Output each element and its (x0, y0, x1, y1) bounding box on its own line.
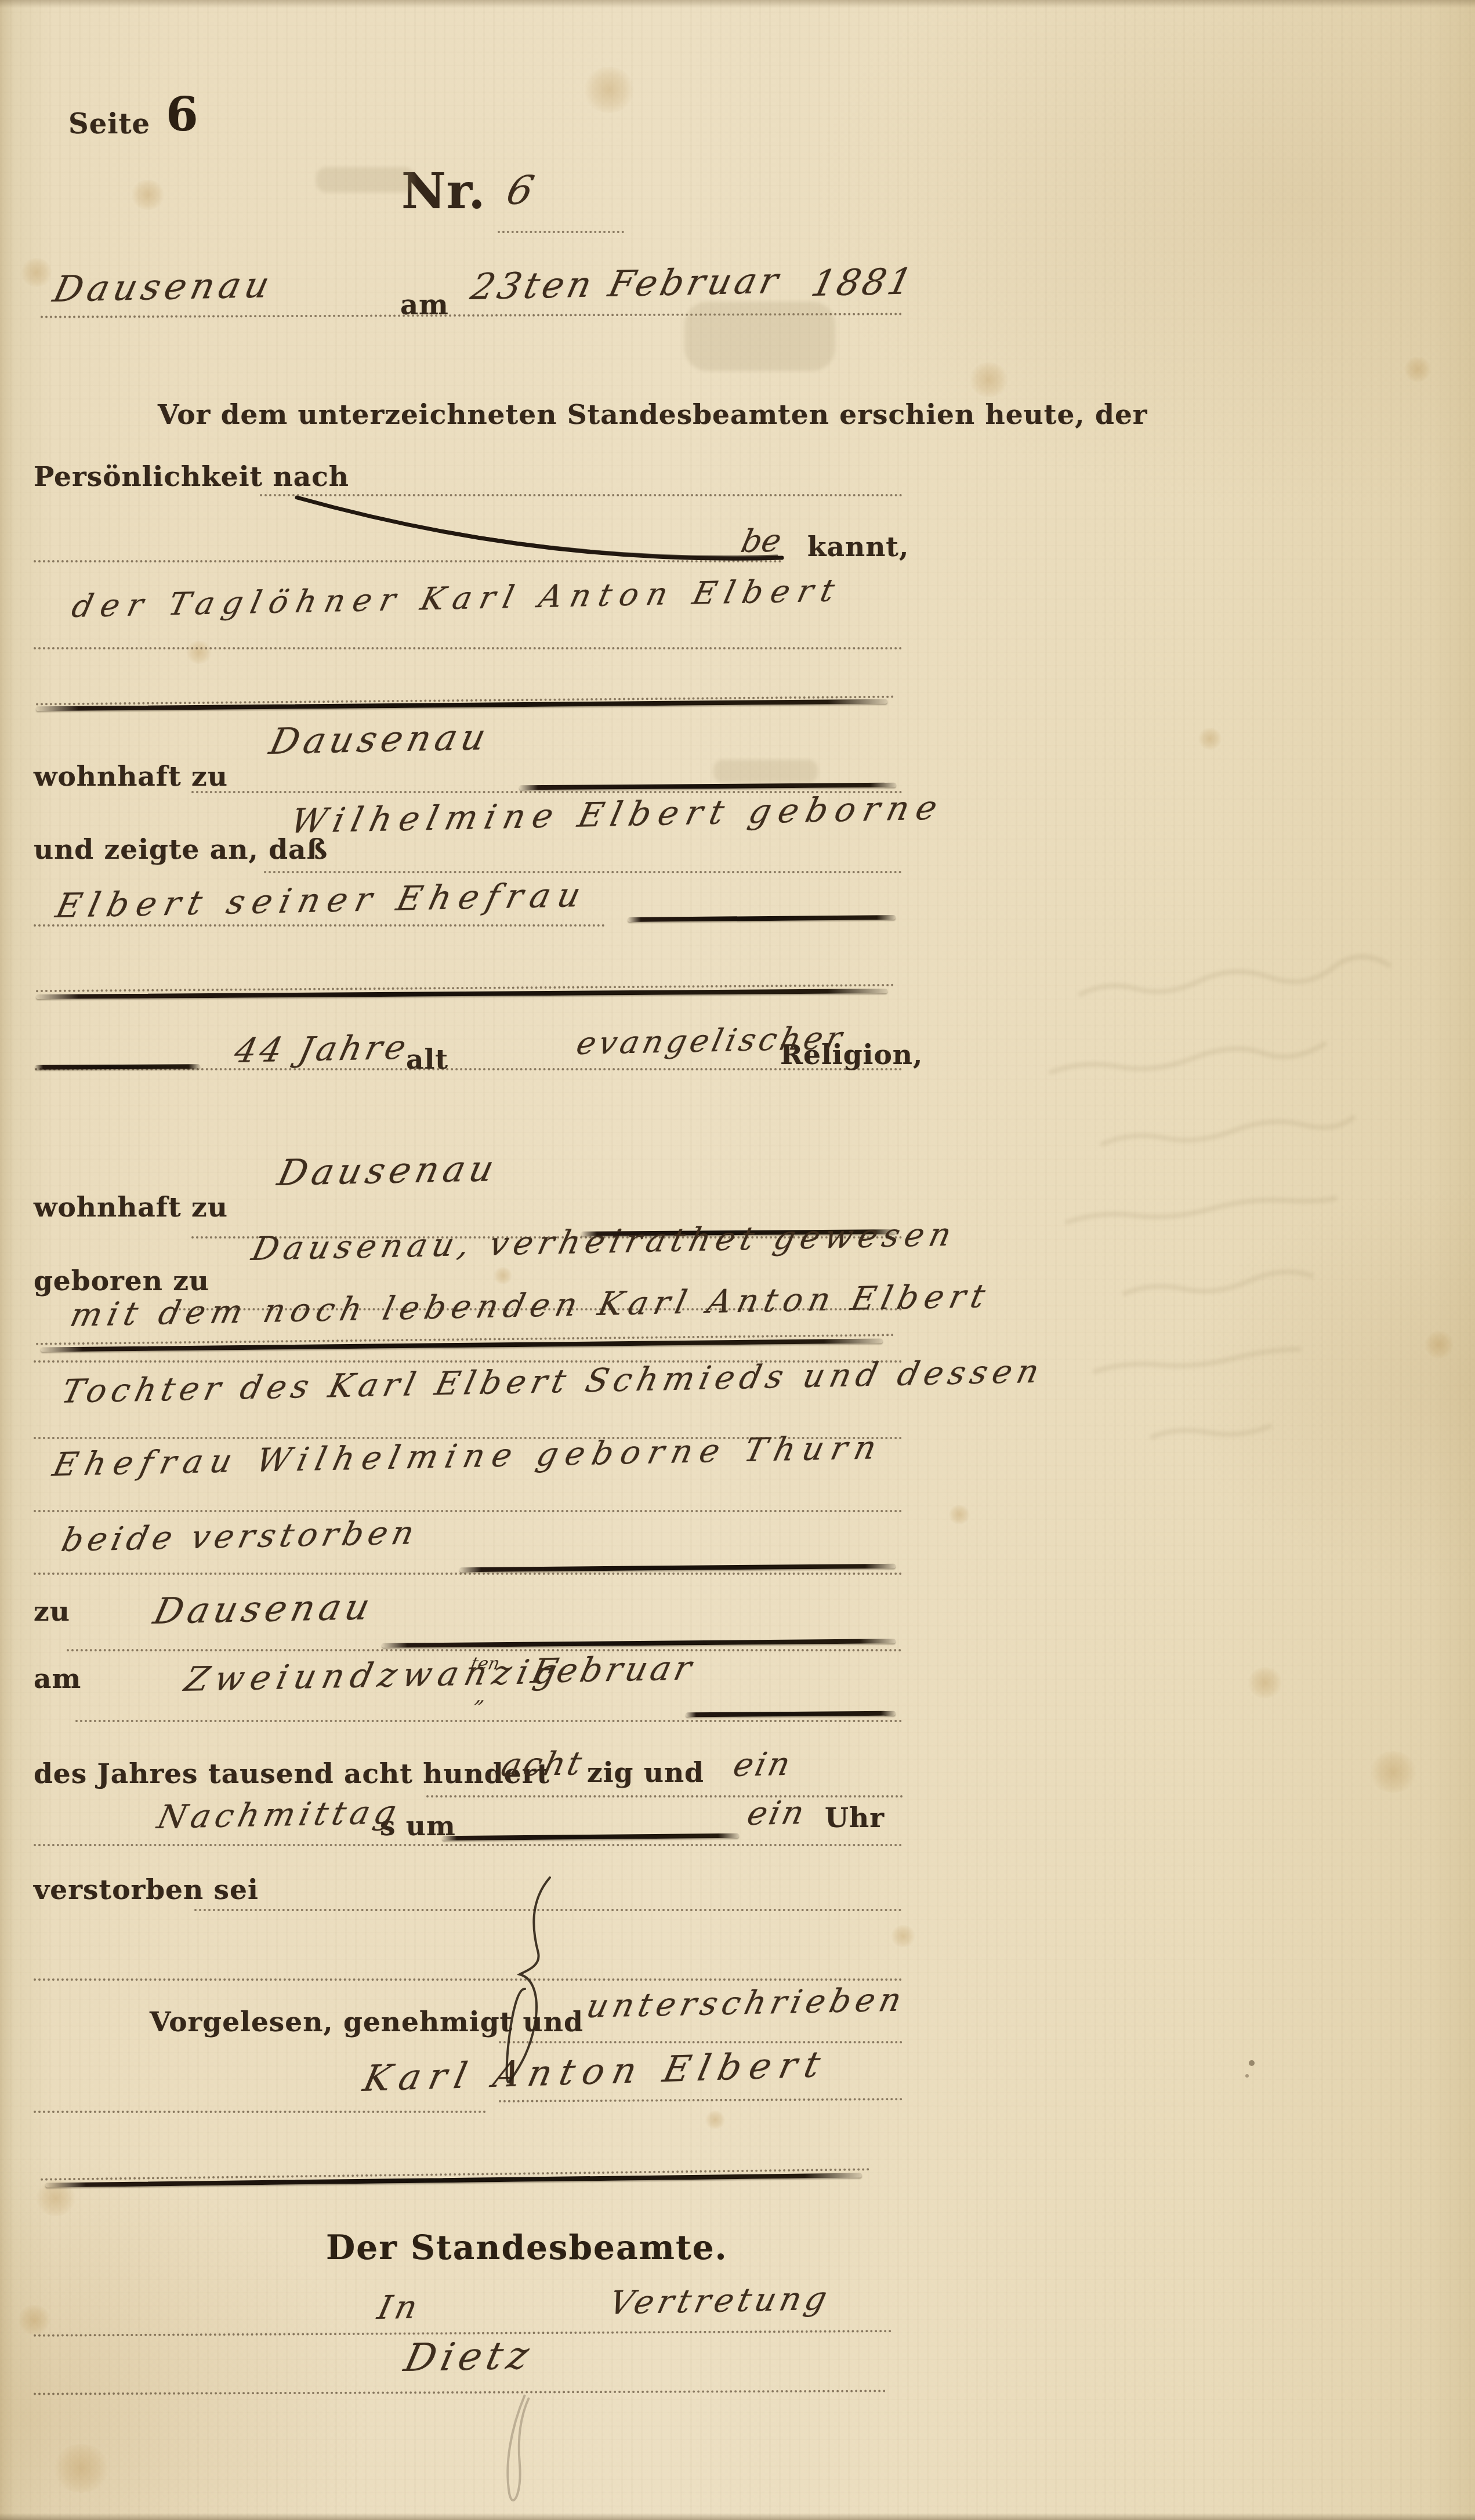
page-label: Seite (68, 108, 150, 140)
identity-label: Persönlichkeit nach (34, 461, 349, 493)
registrar-title: Der Standesbeamte. (326, 2228, 728, 2267)
identity-line-2 (34, 560, 782, 562)
announce-label: und zeigte an, daß (34, 834, 328, 866)
parents-line3: beide verstorben (58, 1514, 422, 1559)
closing-label: Vorgelesen, genehmigt und (150, 2006, 584, 2038)
announce-line (264, 871, 902, 873)
death-year-mid-label: zig und (587, 1757, 704, 1789)
death-year-hw1: acht (498, 1745, 588, 1784)
death-month-value: Februar (528, 1648, 699, 1691)
death-hour-value: ein (744, 1794, 810, 1833)
deceased-label: verstorben sei (34, 1874, 259, 1906)
registrar-signature: Dietz (400, 2333, 538, 2380)
deceased-line (194, 1909, 902, 1911)
death-time-line (34, 1844, 903, 1846)
record-number-label: Nr. (401, 162, 486, 220)
residence1-value: Dausenau (266, 716, 494, 762)
age-spot (583, 67, 635, 113)
dateline-year: 1881 (807, 260, 918, 304)
age-spot (52, 2444, 110, 2493)
paper-texture (0, 0, 1475, 2520)
death-time-hw: Nachmittag (154, 1793, 404, 1836)
age-spot (948, 1505, 970, 1524)
age-fill-stroke (35, 1064, 200, 1069)
death-place-line (67, 1649, 902, 1651)
age-spot (17, 2305, 51, 2335)
death-day-suffix: ten (469, 1654, 502, 1674)
death-record-page: Seite 6 Nr. 6 Dausenau am 23ten Februar … (0, 0, 1475, 2520)
death-day-value: Zweiundzwanzig (181, 1651, 567, 1699)
declarant-rule (34, 647, 903, 649)
residence2-label: wohnhaft zu (34, 1192, 228, 1223)
age-spot (20, 258, 53, 287)
dateline-place: Dausenau (49, 263, 278, 310)
signature-line-left (34, 2111, 486, 2113)
known-print: kannt, (807, 531, 909, 563)
age-spot (1247, 1667, 1283, 1698)
closing-handwritten: unterschrieben (583, 1981, 909, 2025)
empty-line (34, 1978, 903, 1981)
age-spot (1198, 728, 1222, 750)
death-place-label: zu (34, 1596, 70, 1628)
residence2-value: Dausenau (274, 1147, 502, 1194)
age-value: 44 Jahre (231, 1027, 413, 1070)
age-spot (705, 2111, 726, 2129)
age-spot (131, 180, 165, 210)
age-spot (969, 362, 1009, 397)
birthplace-label: geboren zu (34, 1265, 209, 1297)
death-year-label: des Jahres tausend acht hundert (34, 1758, 550, 1790)
parents-line3-rule (34, 1573, 903, 1575)
residence1-label: wohnhaft zu (34, 761, 228, 793)
death-day-label: am (34, 1663, 81, 1695)
record-number-line (498, 231, 624, 233)
age-spot (1404, 357, 1431, 382)
dateline-date: 23ten Februar (467, 259, 786, 308)
age-spot (890, 1925, 916, 1947)
parents-line2-rule (34, 1510, 903, 1512)
deceased-line2-rule (34, 924, 605, 927)
age-spot (1369, 1751, 1418, 1793)
death-year-line (426, 1795, 903, 1798)
age-spot (1424, 1331, 1454, 1359)
age-spot (186, 641, 212, 664)
death-day-line (75, 1720, 903, 1722)
death-place-value: Dausenau (150, 1585, 378, 1632)
age-label: alt (406, 1044, 448, 1076)
intro-line: Vor dem unterzeichneten Standesbeamten e… (158, 399, 1148, 431)
closing-line (499, 2041, 903, 2043)
known-handwritten: be (738, 522, 785, 560)
religion-value: evangelischer (573, 1019, 849, 1062)
dateline-am-label: am (400, 289, 449, 321)
death-year-hw2: ein (730, 1745, 796, 1784)
identity-line (260, 494, 903, 496)
death-hour-label: Uhr (825, 1802, 885, 1834)
age-spot (493, 1267, 513, 1284)
page-number: 6 (166, 87, 199, 141)
